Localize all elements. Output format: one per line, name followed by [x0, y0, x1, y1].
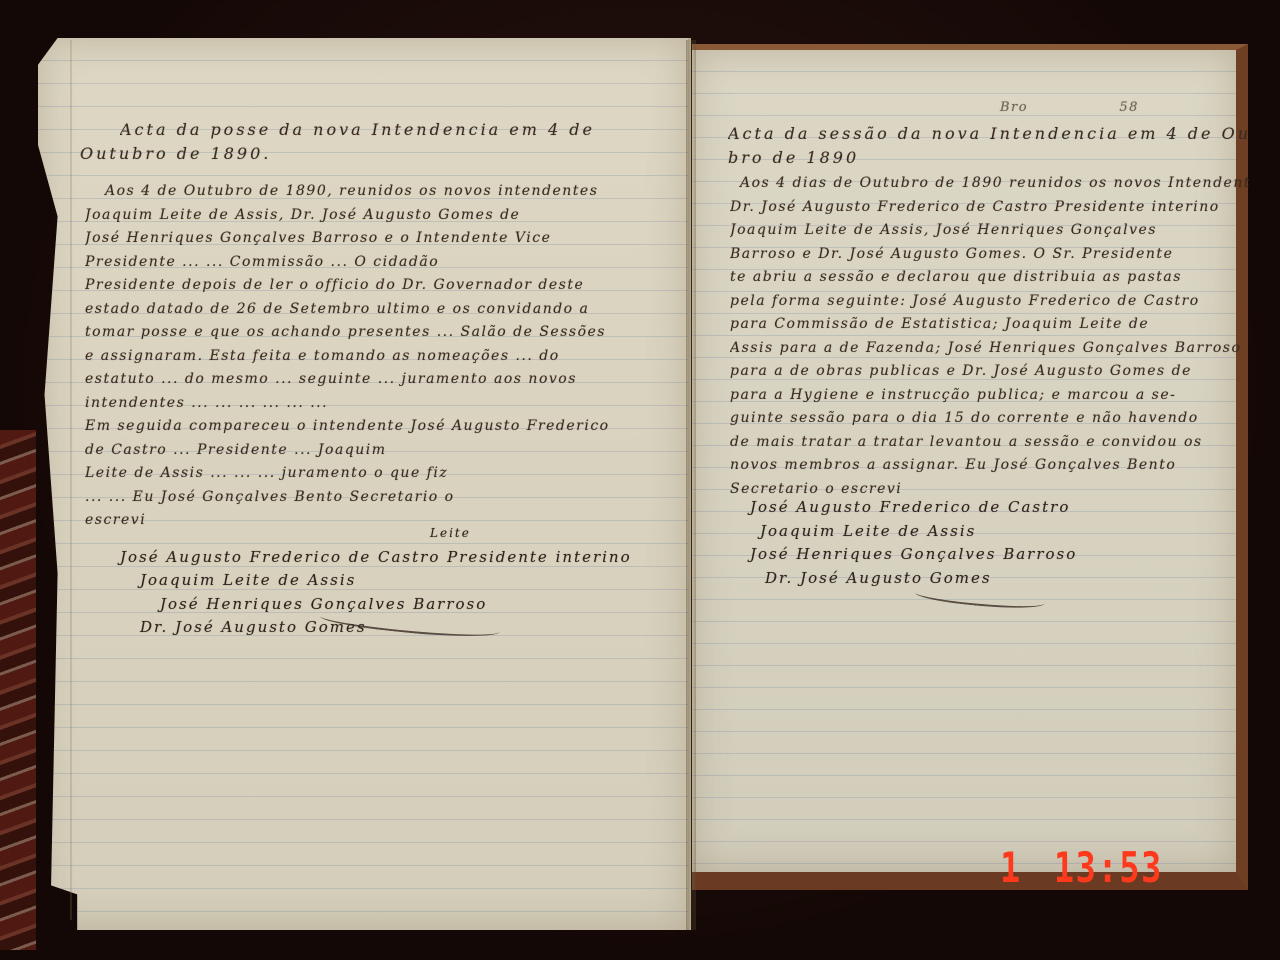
ledger-book: Acta da posse da nova Intendencia em 4 d… — [0, 0, 1280, 960]
body-line: e assignaram. Esta feita e tomando as no… — [85, 345, 680, 369]
body-line: para a de obras publicas e Dr. José Augu… — [730, 360, 1250, 384]
body-line: Em seguida compareceu o intendente José … — [85, 415, 680, 439]
body-line: José Henriques Gonçalves Barroso e o Int… — [85, 227, 680, 251]
signature: Leite — [100, 522, 660, 546]
body-line: Joaquim Leite de Assis, Dr. José Augusto… — [85, 204, 680, 228]
body-line: de Castro ... Presidente ... Joaquim — [85, 439, 680, 463]
body-line: estado datado de 26 de Setembro ultimo e… — [85, 298, 680, 322]
body-line: Presidente ... ... Commissão ... O cidad… — [85, 251, 680, 275]
body-line: guinte sessão para o dia 15 do corrente … — [730, 407, 1250, 431]
corner-note: Bro — [1000, 100, 1028, 115]
right-page-corner-notes: Bro 58 — [1000, 96, 1240, 120]
body-line: pela forma seguinte: José Augusto Freder… — [730, 290, 1250, 314]
body-line: tomar posse e que os achando presentes .… — [85, 321, 680, 345]
left-page-edge-line — [70, 40, 72, 920]
title-line: Acta da posse da nova Intendencia em 4 d… — [120, 118, 680, 142]
body-line: Aos 4 de Outubro de 1890, reunidos os no… — [85, 180, 680, 204]
right-page-title: Acta da sessão da nova Intendencia em 4 … — [728, 122, 1248, 169]
body-line: Joaquim Leite de Assis, José Henriques G… — [730, 219, 1250, 243]
body-line: intendentes ... ... ... ... ... ... — [85, 392, 680, 416]
right-page-signatures: José Augusto Frederico de Castro Joaquim… — [740, 496, 1160, 590]
signature: José Augusto Frederico de Castro — [740, 496, 1160, 520]
timestamp-day: 1 — [1000, 843, 1022, 892]
body-line: novos membros a assignar. Eu José Gonçal… — [730, 454, 1250, 478]
left-page-title: Acta da posse da nova Intendencia em 4 d… — [120, 118, 680, 165]
signature: Joaquim Leite de Assis — [100, 569, 660, 593]
body-line: para Commissão de Estatistica; Joaquim L… — [730, 313, 1250, 337]
timestamp-time: 13:53 — [1054, 843, 1163, 892]
body-line: Dr. José Augusto Frederico de Castro Pre… — [730, 196, 1250, 220]
signature: José Henriques Gonçalves Barroso — [740, 543, 1160, 567]
body-line: te abriu a sessão e declarou que distrib… — [730, 266, 1250, 290]
body-line: Assis para a de Fazenda; José Henriques … — [730, 337, 1250, 361]
body-line: Leite de Assis ... ... ... juramento o q… — [85, 462, 680, 486]
right-page-body: Aos 4 dias de Outubro de 1890 reunidos o… — [730, 172, 1250, 501]
book-gutter — [686, 40, 696, 930]
page-number: 58 — [1119, 100, 1139, 115]
body-line: para a Hygiene e instrucção publica; e m… — [730, 384, 1250, 408]
camera-timestamp: 113:53 — [1000, 843, 1163, 892]
signature: Joaquim Leite de Assis — [740, 520, 1160, 544]
body-line: Aos 4 dias de Outubro de 1890 reunidos o… — [730, 172, 1250, 196]
body-line: ... ... Eu José Gonçalves Bento Secretar… — [85, 486, 680, 510]
left-page-body: Aos 4 de Outubro de 1890, reunidos os no… — [85, 180, 680, 533]
title-line: Acta da sessão da nova Intendencia em 4 … — [728, 122, 1248, 146]
title-line: Outubro de 1890. — [80, 142, 680, 166]
signature: José Augusto Frederico de Castro Preside… — [100, 546, 660, 570]
title-line: bro de 1890 — [728, 146, 1248, 170]
body-line: de mais tratar a tratar levantou a sessã… — [730, 431, 1250, 455]
body-line: Presidente depois de ler o officio do Dr… — [85, 274, 680, 298]
body-line: estatuto ... do mesmo ... seguinte ... j… — [85, 368, 680, 392]
body-line: Barroso e Dr. José Augusto Gomes. O Sr. … — [730, 243, 1250, 267]
